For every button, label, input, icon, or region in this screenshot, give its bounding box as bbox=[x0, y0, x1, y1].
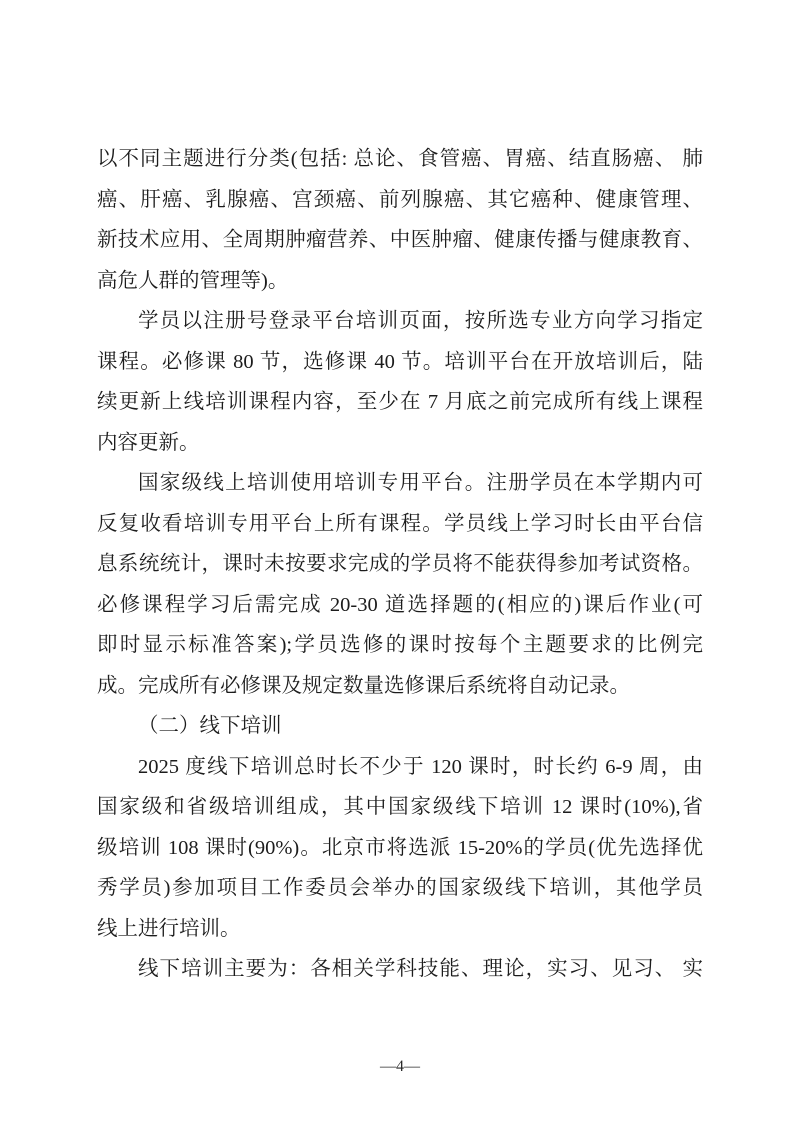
text-line: 课程。必修课 80 节，选修课 40 节。培训平台在开放培训后，陆 bbox=[97, 342, 703, 383]
text-line: 续更新上线培训课程内容，至少在 7 月底之前完成所有线上课程 bbox=[97, 382, 703, 423]
text-line: 线下培训主要为：各相关学科技能、理论，实习、见习、 实 bbox=[97, 949, 703, 990]
text-line: 级培训 108 课时(90%)。北京市将选派 15-20%的学员(优先选择优 bbox=[97, 828, 703, 869]
text-line: （二）线下培训 bbox=[97, 706, 703, 747]
text-line: 国家级线上培训使用培训专用平台。注册学员在本学期内可 bbox=[97, 463, 703, 504]
para-topic-categories: 以不同主题进行分类(包括: 总论、食管癌、胃癌、结直肠癌、 肺癌、肝癌、乳腺癌、… bbox=[97, 139, 703, 301]
para-offline-training-hours: 2025 度线下培训总时长不少于 120 课时，时长约 6-9 周，由国家级和省… bbox=[97, 747, 703, 950]
document-body: 以不同主题进行分类(包括: 总论、食管癌、胃癌、结直肠癌、 肺癌、肝癌、乳腺癌、… bbox=[97, 139, 703, 990]
text-line: 2025 度线下培训总时长不少于 120 课时，时长约 6-9 周，由 bbox=[97, 747, 703, 788]
page-footer: —4— bbox=[0, 1057, 800, 1077]
para-platform-login: 学员以注册号登录平台培训页面，按所选专业方向学习指定课程。必修课 80 节，选修… bbox=[97, 301, 703, 463]
text-line: 线上进行培训。 bbox=[97, 909, 703, 950]
text-line: 国家级和省级培训组成，其中国家级线下培训 12 课时(10%),省 bbox=[97, 787, 703, 828]
text-line: 必修课程学习后需完成 20-30 道选择题的(相应的)课后作业(可 bbox=[97, 585, 703, 626]
para-offline-training-content: 线下培训主要为：各相关学科技能、理论，实习、见习、 实 bbox=[97, 949, 703, 990]
text-line: 学员以注册号登录平台培训页面，按所选专业方向学习指定 bbox=[97, 301, 703, 342]
text-line: 秀学员)参加项目工作委员会举办的国家级线下培训，其他学员 bbox=[97, 868, 703, 909]
para-online-training-platform: 国家级线上培训使用培训专用平台。注册学员在本学期内可反复收看培训专用平台上所有课… bbox=[97, 463, 703, 706]
document-page: 以不同主题进行分类(包括: 总论、食管癌、胃癌、结直肠癌、 肺癌、肝癌、乳腺癌、… bbox=[0, 0, 800, 1131]
text-line: 内容更新。 bbox=[97, 423, 703, 464]
text-line: 以不同主题进行分类(包括: 总论、食管癌、胃癌、结直肠癌、 肺 bbox=[97, 139, 703, 180]
text-line: 新技术应用、全周期肿瘤营养、中医肿瘤、健康传播与健康教育、 bbox=[97, 220, 703, 261]
text-line: 反复收看培训专用平台上所有课程。学员线上学习时长由平台信 bbox=[97, 504, 703, 545]
heading-offline-training: （二）线下培训 bbox=[97, 706, 703, 747]
text-line: 即时显示标准答案);学员选修的课时按每个主题要求的比例完 bbox=[97, 625, 703, 666]
text-line: 癌、肝癌、乳腺癌、宫颈癌、前列腺癌、其它癌种、健康管理、 bbox=[97, 180, 703, 221]
text-line: 成。完成所有必修课及规定数量选修课后系统将自动记录。 bbox=[97, 666, 703, 707]
text-line: 息系统统计，课时未按要求完成的学员将不能获得参加考试资格。 bbox=[97, 544, 703, 585]
text-line: 高危人群的管理等)。 bbox=[97, 261, 703, 302]
page-number: —4— bbox=[380, 1058, 420, 1075]
